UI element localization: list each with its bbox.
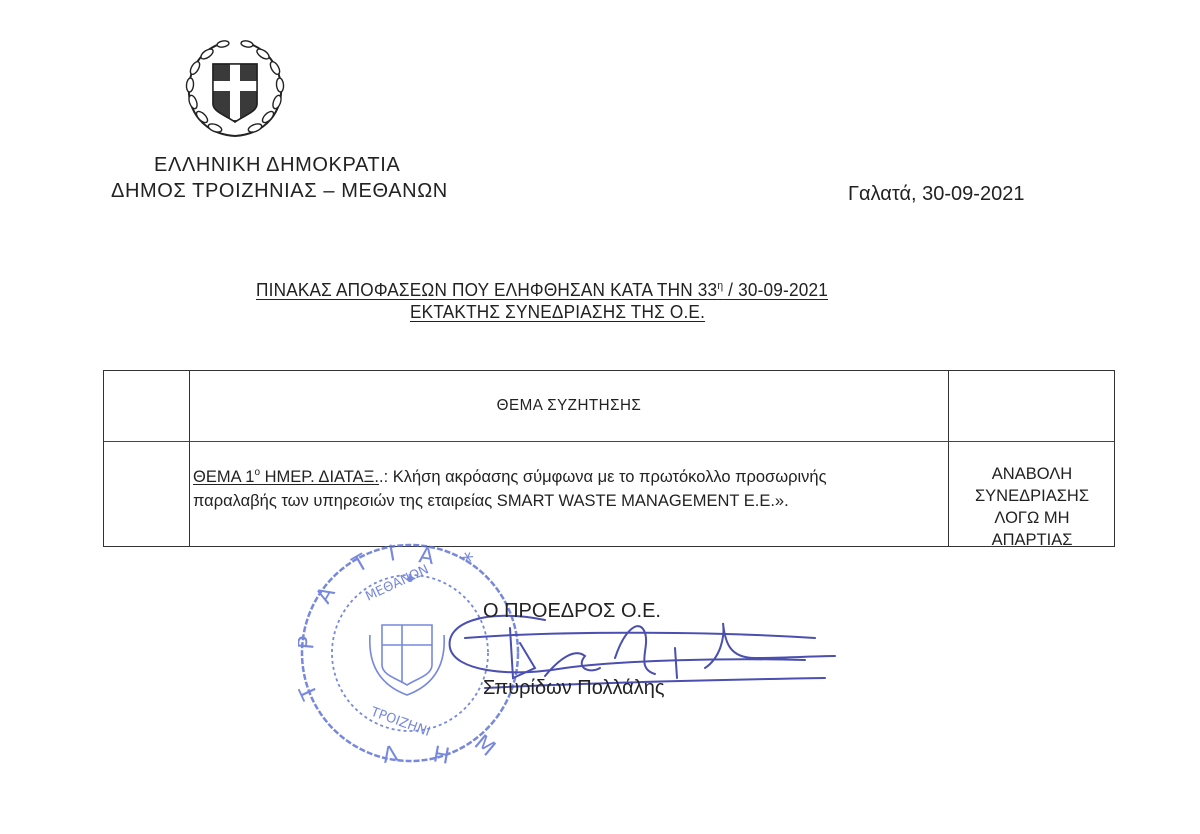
svg-text:Ι: Ι (387, 541, 398, 567)
result-line: ΑΠΑΡΤΙΑΣ (950, 529, 1114, 551)
document-title-line-1: ΠΙΝΑΚΑΣ ΑΠΟΦΑΣΕΩΝ ΠΟΥ ΕΛΗΦΘΗΣΑΝ ΚΑΤΑ ΤΗΝ… (256, 279, 828, 301)
svg-text:ΜΕΘΑΝΩΝ: ΜΕΘΑΝΩΝ (363, 562, 431, 604)
svg-text:Ρ: Ρ (298, 635, 320, 650)
svg-text:Μ: Μ (469, 730, 500, 761)
svg-text:Τ: Τ (298, 680, 324, 704)
row-divider (104, 441, 1114, 442)
signer-role: Ο ΠΡΟΕΔΡΟΣ Ο.Ε. (483, 600, 661, 623)
result-line: ΣΥΝΕΔΡΙΑΣΗΣ (950, 485, 1114, 507)
column-divider (189, 371, 190, 546)
column-divider (948, 371, 949, 546)
svg-text:*: * (455, 548, 476, 575)
greek-coat-of-arms-icon (183, 38, 287, 142)
country-name: ΕΛΛΗΝΙΚΗ ΔΗΜΟΚΡΑΤΙΑ (154, 154, 400, 177)
signer-name: Σπυρίδων Πολλάλης (483, 677, 664, 700)
table-cell-subject: ΘΕΜΑ 1ο ΗΜΕΡ. ΔΙΑΤΑΞ..: Κλήση ακρόασης σ… (193, 461, 948, 513)
municipality-name: ΔΗΜΟΣ ΤΡΟΙΖΗΝΙΑΣ – ΜΕΘΑΝΩΝ (111, 180, 448, 203)
title-date: / 30-09-2021 (723, 279, 828, 300)
agenda-item-label: ΘΕΜΑ 1ο ΗΜΕΡ. ΔΙΑΤΑΞ. (193, 468, 379, 486)
title-text: ΠΙΝΑΚΑΣ ΑΠΟΦΑΣΕΩΝ ΠΟΥ ΕΛΗΦΘΗΣΑΝ ΚΑΤΑ ΤΗΝ… (256, 279, 717, 300)
document-title-line-2: ΕΚΤΑΚΤΗΣ ΣΥΝΕΔΡΙΑΣΗΣ ΤΗΣ Ο.Ε. (410, 301, 705, 323)
result-line: ΛΟΓΩ ΜΗ (950, 507, 1114, 529)
result-line: ΑΝΑΒΟΛΗ (950, 463, 1114, 485)
subject-line-1: ΘΕΜΑ 1ο ΗΜΕΡ. ΔΙΑΤΑΞ..: Κλήση ακρόασης σ… (193, 461, 948, 489)
subject-line-2: παραλαβής των υπηρεσιών της εταιρείας SM… (193, 489, 948, 513)
svg-text:Η: Η (431, 742, 452, 769)
place-date: Γαλατά, 30-09-2021 (848, 183, 1024, 206)
table-cell-result: ΑΝΑΒΟΛΗ ΣΥΝΕΔΡΙΑΣΗΣ ΛΟΓΩ ΜΗ ΑΠΑΡΤΙΑΣ (950, 463, 1114, 551)
column-header-subject: ΘΕΜΑ ΣΥΖΗΤΗΣΗΣ (209, 371, 929, 441)
svg-text:Λ: Λ (381, 742, 400, 769)
decisions-table: ΘΕΜΑ ΣΥΖΗΤΗΣΗΣ ΘΕΜΑ 1ο ΗΜΕΡ. ΔΙΑΤΑΞ..: Κ… (103, 370, 1115, 547)
svg-text:ΤΡΟΙΖΗΝΙ: ΤΡΟΙΖΗΝΙ (368, 704, 432, 740)
